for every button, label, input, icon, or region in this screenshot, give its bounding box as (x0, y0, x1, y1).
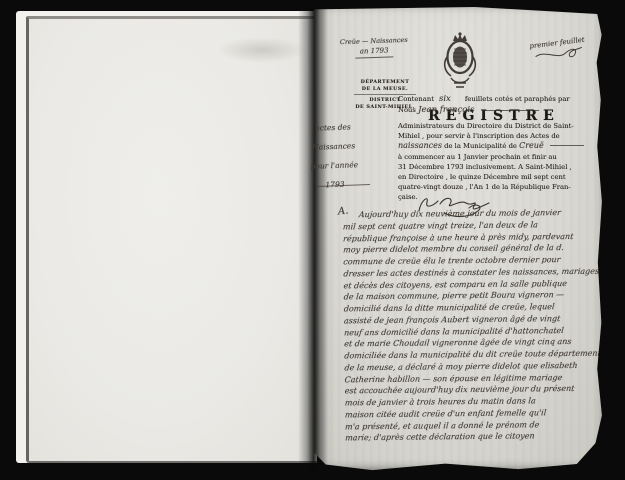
binding-gutter (298, 8, 328, 472)
annotation-commune: Creüe — Naissances (340, 36, 408, 46)
paragraph-line: Mihiel , pour servir à l'inscription des… (398, 132, 560, 140)
register-scan: Creüe — Naissances an 1793 premier feuil… (0, 0, 625, 480)
left-blank-page (26, 16, 317, 463)
hand-administrator-name: Jean françois (418, 105, 474, 115)
hand-commune-name: Creuë (519, 141, 544, 150)
paper-smudge (217, 37, 307, 63)
margin-note-line: actes des Naissances (293, 117, 374, 158)
department-line: DÉPARTEMENT (354, 79, 416, 86)
top-left-annotation: Creüe — Naissances an 1793 (328, 34, 421, 59)
hand-acte-type: naissances (398, 141, 442, 150)
preamble-contenant: Contenant (398, 95, 434, 103)
preamble: Contenantsixfeuillets cotés et paraphés … (398, 94, 600, 116)
register-seal-icon (442, 31, 478, 93)
act-line: marie; d'après cette déclaration que le … (345, 430, 600, 444)
annotation-year: an 1793 (355, 45, 394, 58)
hand-folio-count: six (439, 94, 451, 104)
blank-fill-rule (483, 110, 539, 111)
paragraph-line: Administrateurs du Directoire du Distric… (398, 122, 574, 130)
folio-annotation: premier feuillet (511, 33, 605, 67)
paragraph-line: à commencer au 1 Janvier prochain et fin… (398, 153, 557, 161)
blank-fill-rule (550, 145, 584, 146)
preamble-feuillets: feuillets cotés et paraphés par (465, 95, 570, 103)
register-title-page: Creüe — Naissances an 1793 premier feuil… (314, 7, 606, 471)
birth-act-manuscript: Aujourd'huy dix neuvième jour du mois de… (343, 207, 599, 445)
preamble-nous: Nous (398, 106, 416, 114)
paragraph-line: 31 Décembre 1793 inclusivement. A Saint-… (398, 163, 572, 171)
paragraph-line: de la Municipalité de (444, 142, 517, 150)
paragraph-line: en Directoire , le quinze Décembre mil s… (398, 173, 566, 181)
